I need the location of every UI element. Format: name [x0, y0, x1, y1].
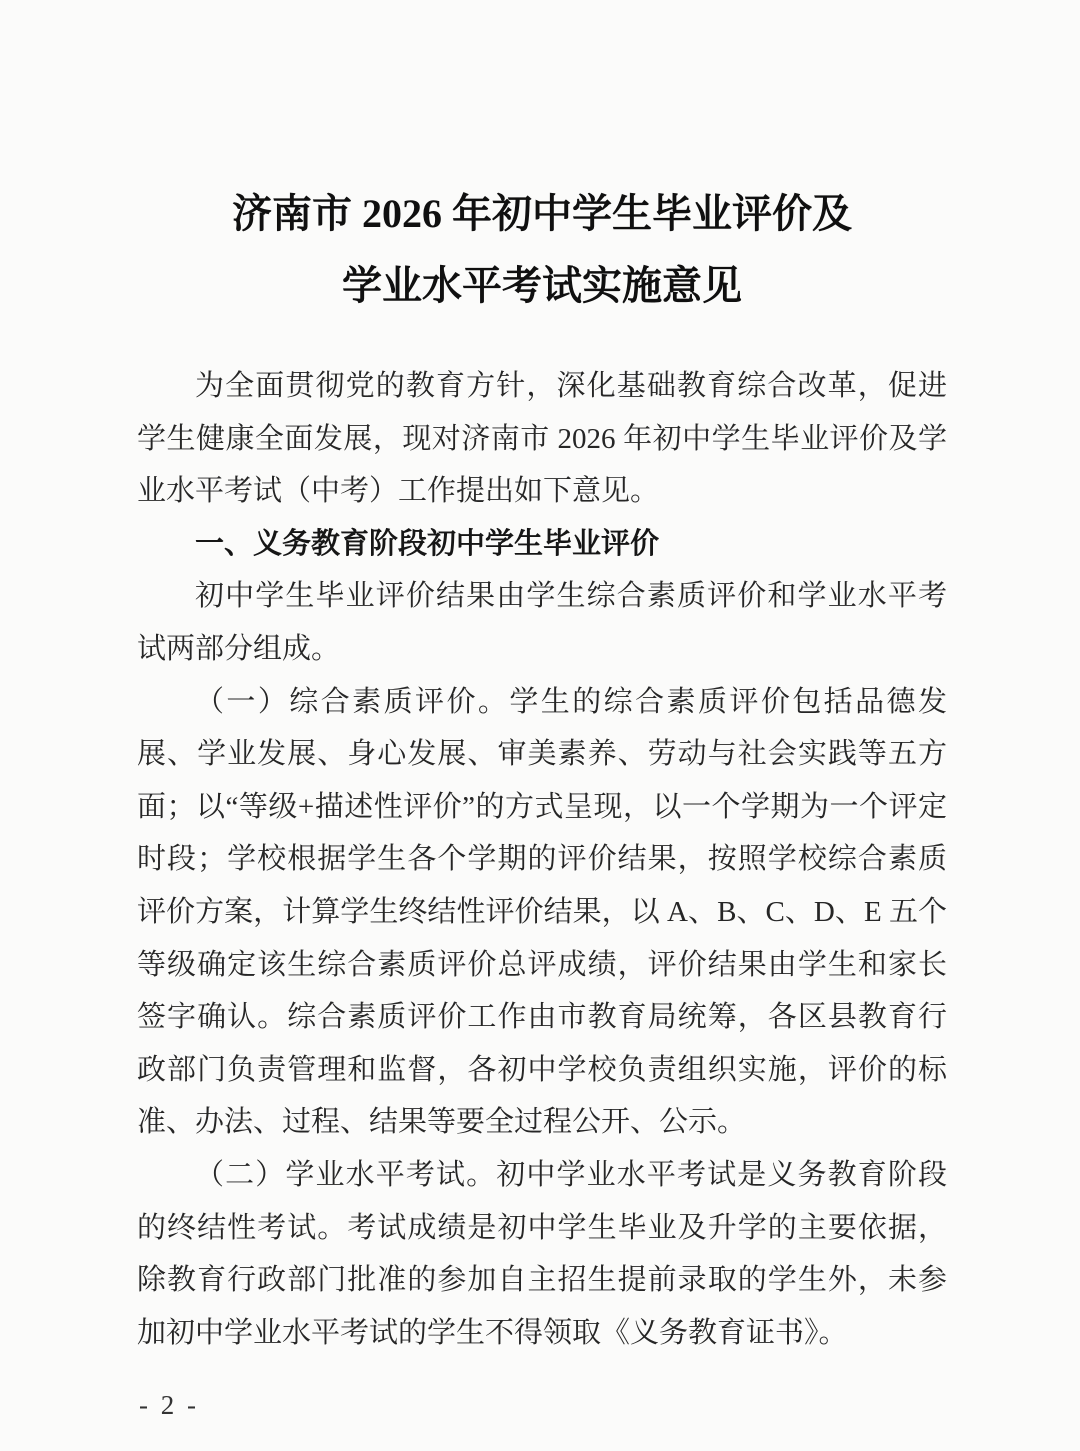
section-1-heading: 一、义务教育阶段初中学生毕业评价 — [137, 518, 947, 571]
section-1-paragraph-3: （二）学业水平考试。初中学业水平考试是义务教育阶段的终结性考试。考试成绩是初中学… — [137, 1149, 947, 1359]
intro-paragraph: 为全面贯彻党的教育方针，深化基础教育综合改革，促进学生健康全面发展，现对济南市 … — [137, 360, 947, 518]
page-number: - 2 - — [139, 1390, 199, 1421]
section-1-paragraph-1: 初中学生毕业评价结果由学生综合素质评价和学业水平考试两部分组成。 — [137, 570, 947, 675]
title-line-1: 济南市 2026 年初中学生毕业评价及 — [137, 178, 947, 250]
document-title: 济南市 2026 年初中学生毕业评价及 学业水平考试实施意见 — [137, 178, 947, 322]
section-1-paragraph-2: （一）综合素质评价。学生的综合素质评价包括品德发展、学业发展、身心发展、审美素养… — [137, 676, 947, 1149]
title-line-2: 学业水平考试实施意见 — [137, 250, 947, 322]
document-page: 济南市 2026 年初中学生毕业评价及 学业水平考试实施意见 为全面贯彻党的教育… — [0, 0, 1080, 1451]
document-body: 为全面贯彻党的教育方针，深化基础教育综合改革，促进学生健康全面发展，现对济南市 … — [137, 360, 947, 1359]
